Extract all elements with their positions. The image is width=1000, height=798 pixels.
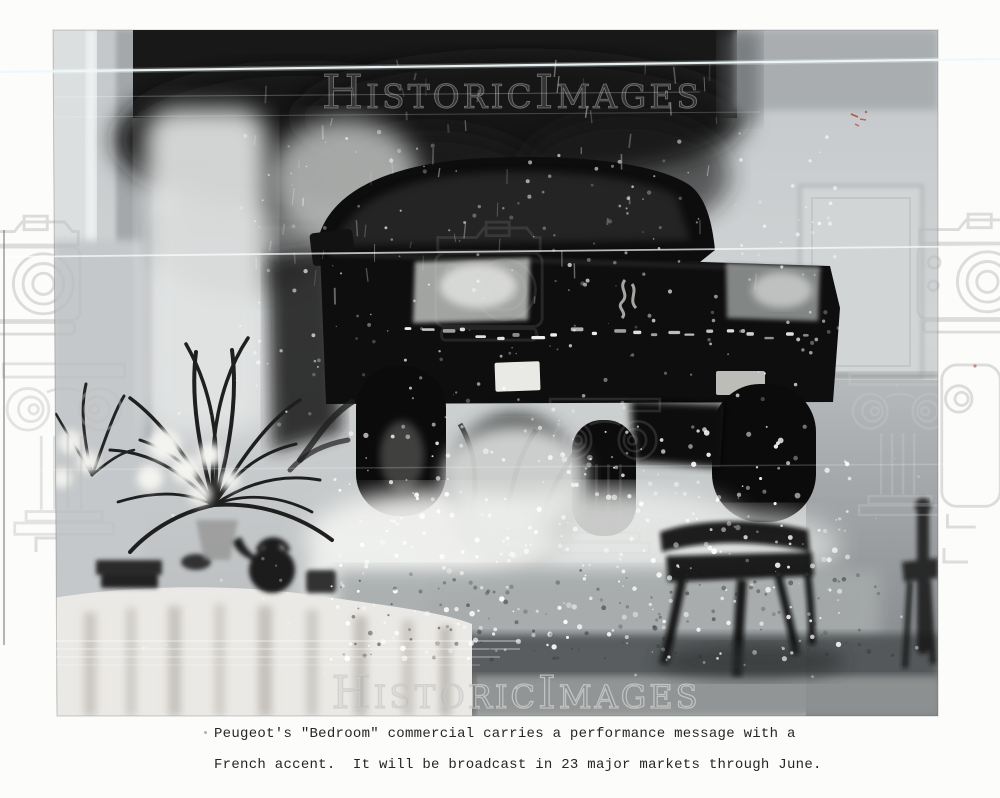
watermark-text-bottom: HistoricImages bbox=[331, 666, 700, 719]
spray-fountain bbox=[443, 426, 587, 526]
frame-icon bbox=[942, 365, 1000, 527]
table-books-lower bbox=[101, 575, 158, 588]
corner-bracket-icon bbox=[944, 548, 968, 562]
press-photo-scan: HistoricImages HistoricImages Peugeot's … bbox=[0, 0, 1000, 798]
table-books bbox=[96, 560, 162, 575]
table-cup bbox=[306, 570, 336, 593]
photo-image: HistoricImages HistoricImages bbox=[0, 0, 1000, 798]
photo-content bbox=[52, 30, 950, 716]
corner-bracket-icon bbox=[36, 538, 58, 552]
headlight-right-glare bbox=[752, 272, 812, 308]
bright-pillar bbox=[145, 108, 267, 432]
wheel-left-hub bbox=[380, 421, 424, 491]
wheel-right bbox=[712, 384, 816, 522]
license-plate bbox=[495, 361, 541, 392]
